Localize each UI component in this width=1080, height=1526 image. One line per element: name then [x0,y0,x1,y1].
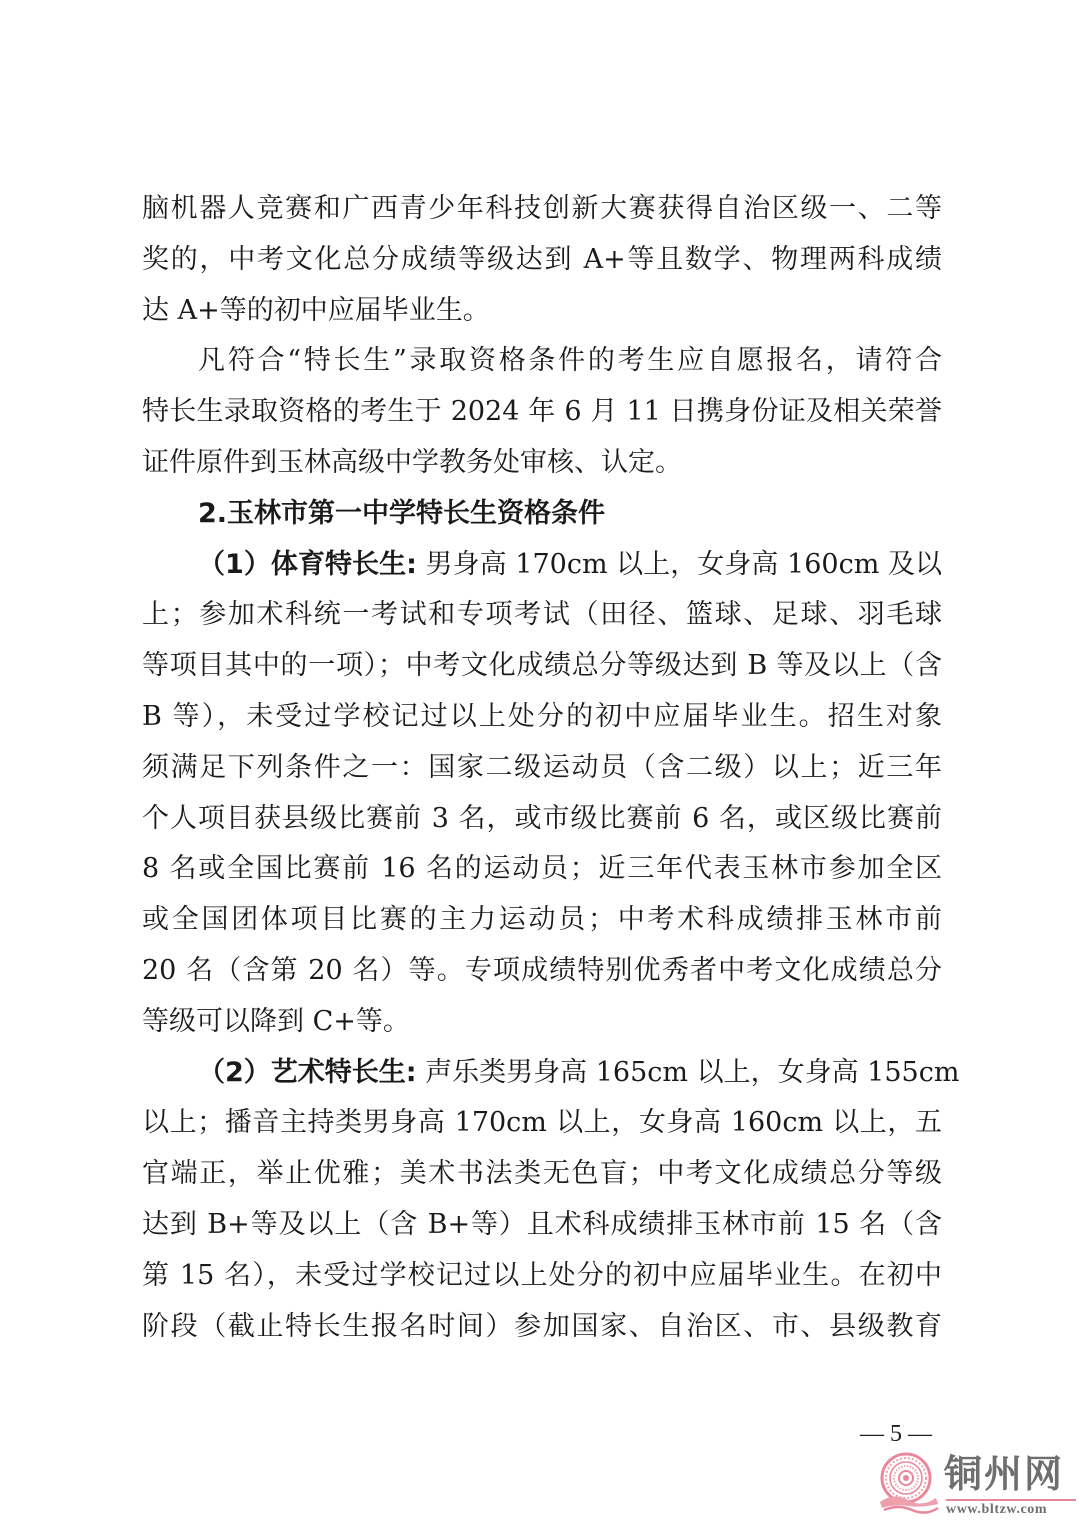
subsection-label-sports: （1）体育特长生: [198,549,417,580]
paragraph-line: B 等），未受过学校记过以上处分的初中应届毕业生。招生对象 [142,692,942,743]
section-heading: 2.玉林市第一中学特长生资格条件 [142,489,942,540]
paragraph-line: 等项目其中的一项）；中考文化成绩总分等级达到 B 等及以上（含 [142,641,942,692]
paragraph-line: 奖的，中考文化总分成绩等级达到 A+等且数学、物理两科成绩 [142,235,942,286]
paragraph-line: 官端正，举止优雅；美术书法类无色盲；中考文化成绩总分等级 [142,1149,942,1200]
circular-seal-logo-icon [878,1452,942,1516]
watermark-title: 铜州网 [944,1452,1064,1496]
paragraph-line: 以上；播音主持类男身高 170cm 以上，女身高 160cm 以上，五 [142,1098,942,1149]
watermark-divider [946,1499,1076,1501]
paragraph-line: 达 A+等的初中应届毕业生。 [142,286,942,337]
paragraph-text: 男身高 170cm 以上，女身高 160cm 及以 [417,549,942,580]
paragraph-line: 脑机器人竞赛和广西青少年科技创新大赛获得自治区级一、二等 [142,184,942,235]
site-watermark: 铜州网 www.bltzw.com [878,1452,1080,1522]
paragraph-line: 个人项目获县级比赛前 3 名，或市级比赛前 6 名，或区级比赛前 [142,794,942,845]
paragraph-line: 达到 B+等及以上（含 B+等）且术科成绩排玉林市前 15 名（含 [142,1200,942,1251]
paragraph-line: 等级可以降到 C+等。 [142,997,942,1048]
paragraph-line: 特长生录取资格的考生于 2024 年 6 月 11 日携身份证及相关荣誉 [142,387,942,438]
paragraph-line: （2）艺术特长生: 声乐类男身高 165cm 以上，女身高 155cm [142,1048,942,1099]
document-body: 脑机器人竞赛和广西青少年科技创新大赛获得自治区级一、二等 奖的，中考文化总分成绩… [142,184,942,1352]
paragraph-line: 阶段（截止特长生报名时间）参加国家、自治区、市、县级教育 [142,1302,942,1353]
paragraph-line: 第 15 名），未受过学校记过以上处分的初中应届毕业生。在初中 [142,1251,942,1302]
paragraph-line: 20 名（含第 20 名）等。专项成绩特别优秀者中考文化成绩总分 [142,946,942,997]
watermark-url: www.bltzw.com [946,1502,1047,1518]
paragraph-line: 或全国团体项目比赛的主力运动员；中考术科成绩排玉林市前 [142,895,942,946]
page-number: — 5 — [850,1418,942,1450]
document-page: 脑机器人竞赛和广西青少年科技创新大赛获得自治区级一、二等 奖的，中考文化总分成绩… [0,0,1080,1526]
paragraph-line: 凡符合“特长生”录取资格条件的考生应自愿报名，请符合 [142,336,942,387]
paragraph-text: 声乐类男身高 165cm 以上，女身高 155cm [417,1057,960,1088]
subsection-label-arts: （2）艺术特长生: [198,1057,417,1088]
paragraph-line: 证件原件到玉林高级中学教务处审核、认定。 [142,438,942,489]
paragraph-line: （1）体育特长生: 男身高 170cm 以上，女身高 160cm 及以 [142,540,942,591]
paragraph-line: 须满足下列条件之一：国家二级运动员（含二级）以上；近三年 [142,743,942,794]
paragraph-line: 上；参加术科统一考试和专项考试（田径、篮球、足球、羽毛球 [142,590,942,641]
paragraph-line: 8 名或全国比赛前 16 名的运动员；近三年代表玉林市参加全区 [142,844,942,895]
